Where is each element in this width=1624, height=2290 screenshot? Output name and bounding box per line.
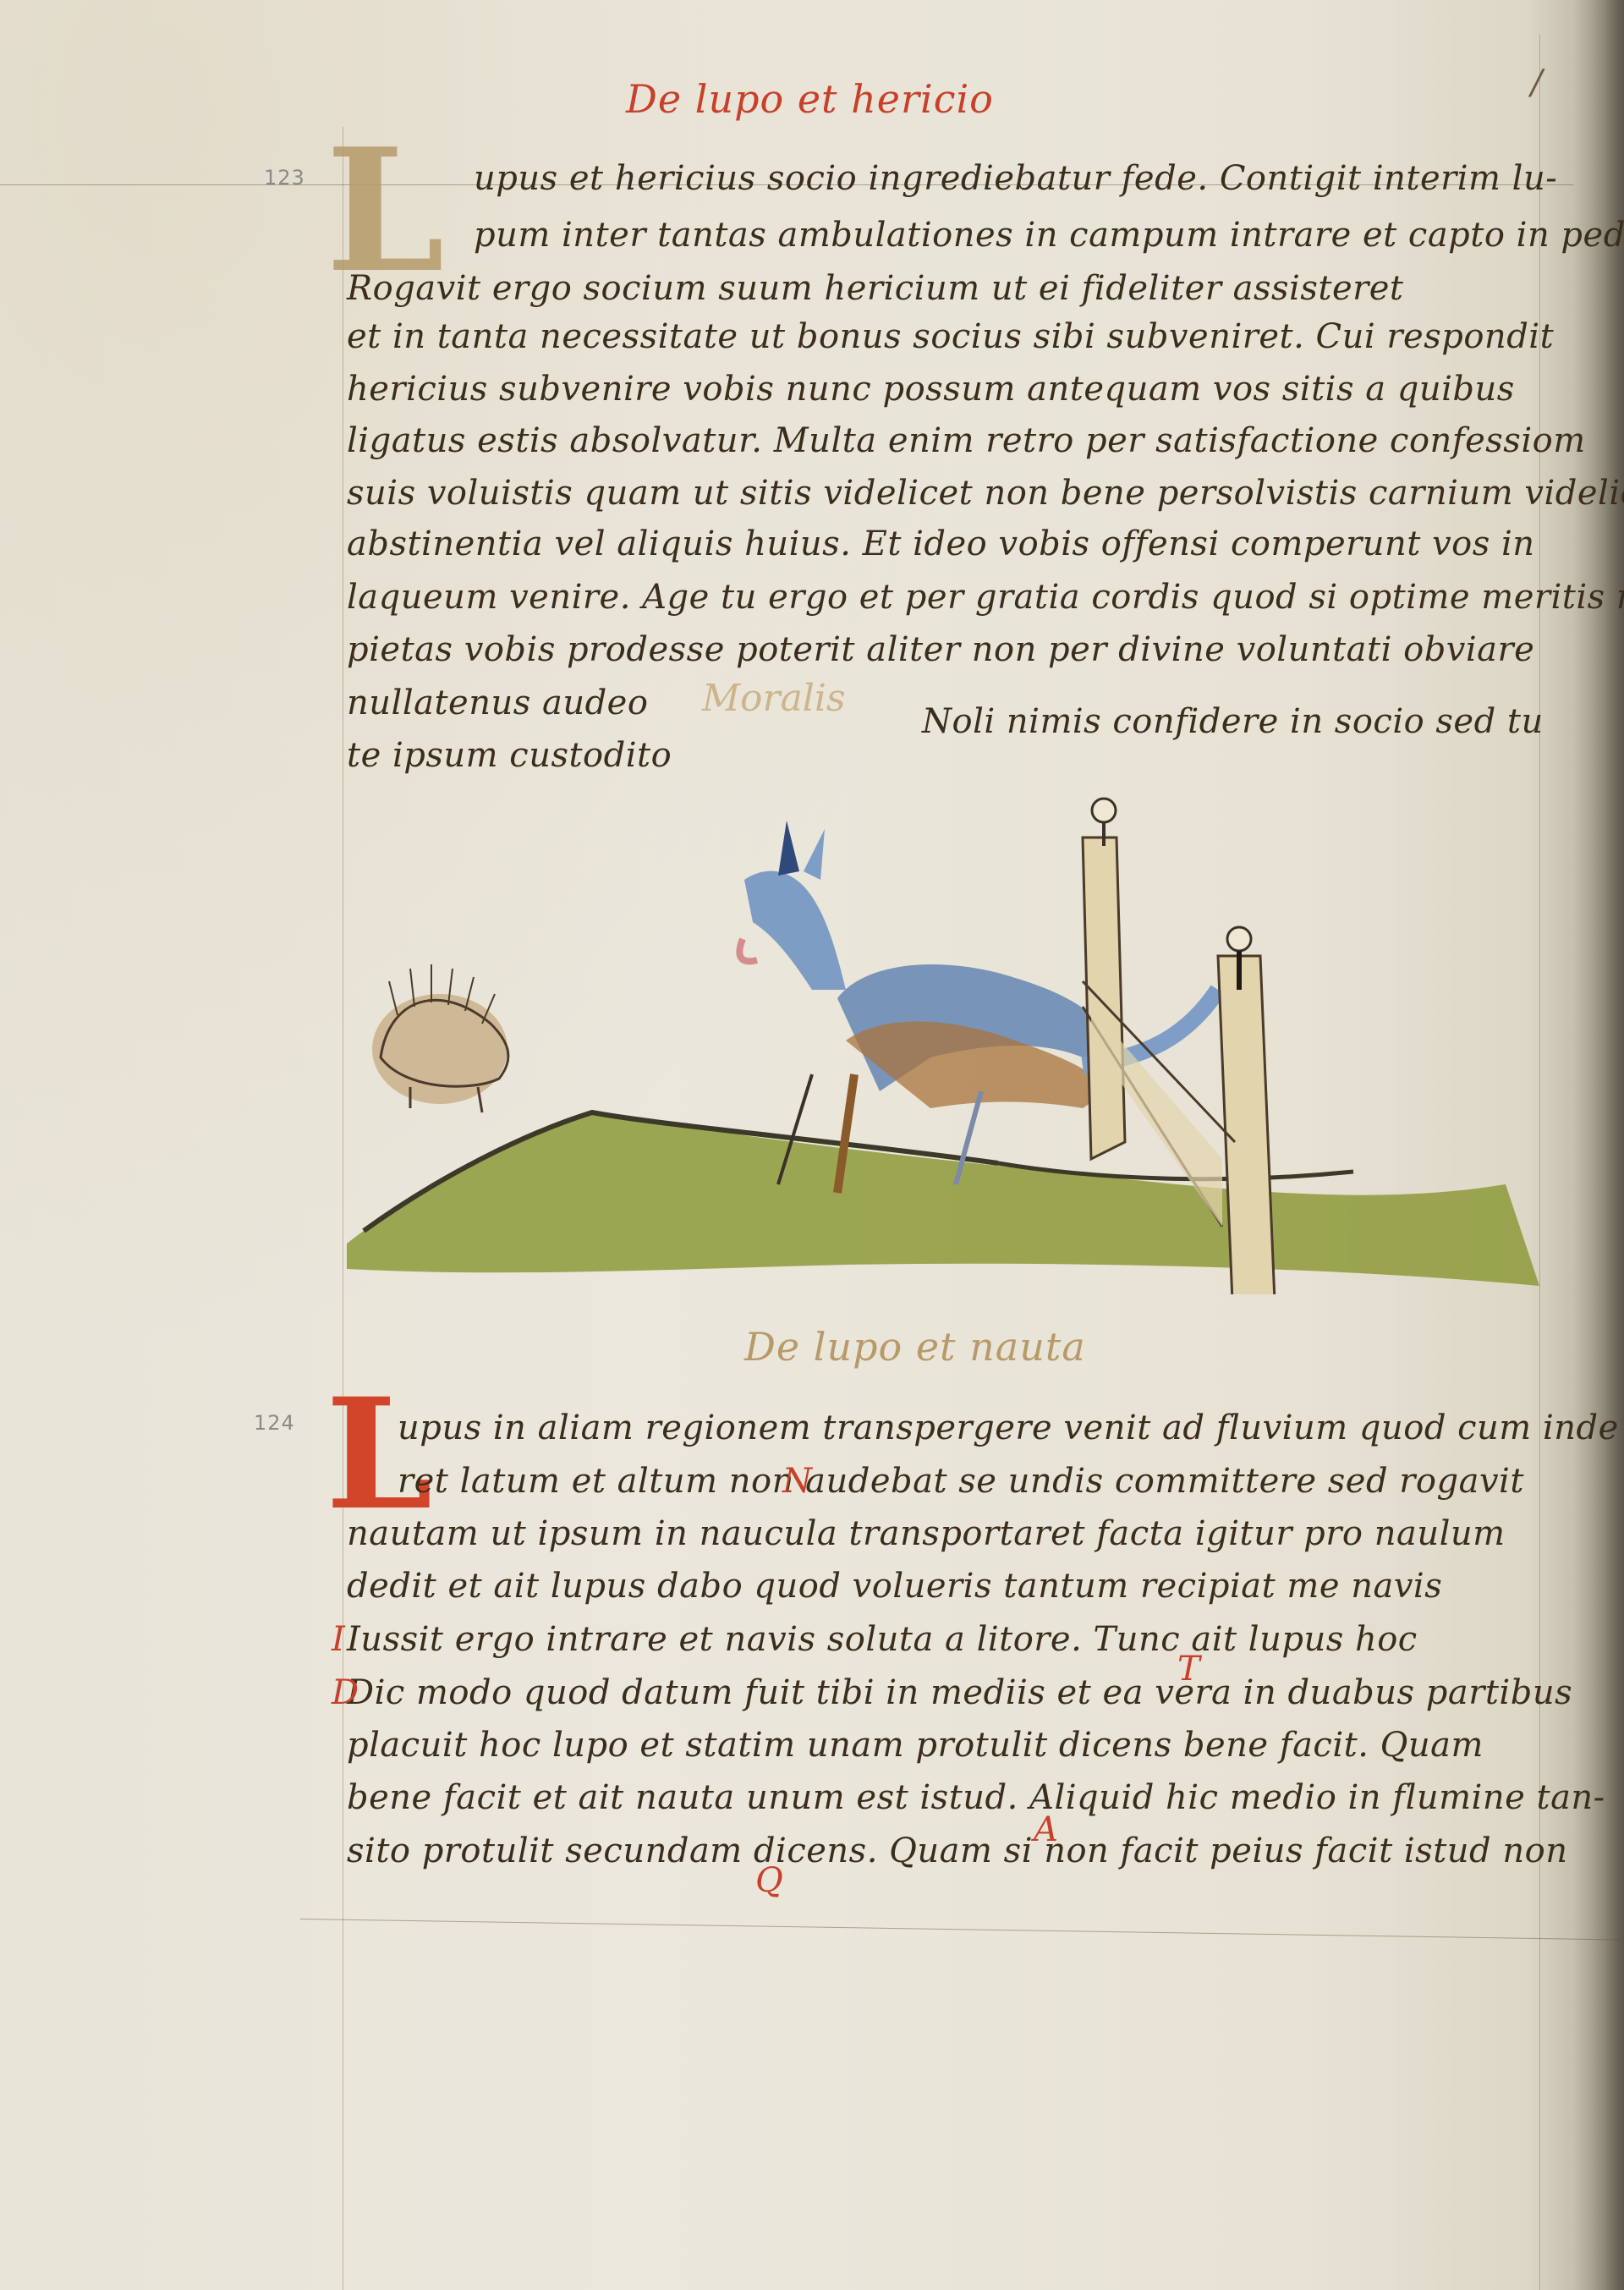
text-line: bene facit et ait nauta unum est istud. … xyxy=(347,1778,1605,1817)
section2-initial: L xyxy=(326,1379,433,1531)
text-line: Rogavit ergo socium suum hericium ut ei … xyxy=(347,269,1404,308)
bottom-ruling-line xyxy=(300,1919,1620,1941)
text-line: laqueum venire. Age tu ergo et per grati… xyxy=(347,578,1624,617)
text-line: Dic modo quod datum fuit tibi in mediis … xyxy=(347,1673,1572,1712)
text-line: dedit et ait lupus dabo quod volueris ta… xyxy=(347,1567,1442,1606)
rubrication-mark: N xyxy=(782,1462,813,1501)
rubrication-mark: D xyxy=(332,1673,359,1712)
moral-left-line: te ipsum custodito xyxy=(347,736,672,775)
rubrication-mark: I xyxy=(332,1620,345,1659)
hedgehog-icon xyxy=(372,964,508,1112)
text-line: pietas vobis prodesse poterit aliter non… xyxy=(347,630,1534,669)
moralis-rubric: Moralis xyxy=(702,677,846,720)
text-line: suis voluistis quam ut sitis videlicet n… xyxy=(347,474,1624,513)
folio-number-123: 123 xyxy=(264,166,305,189)
wolf-hedgehog-illustration xyxy=(338,787,1624,1294)
rubrication-mark: A xyxy=(1034,1810,1058,1849)
corner-mark: / xyxy=(1531,63,1542,102)
folio-number-124: 124 xyxy=(254,1411,295,1435)
text-line: abstinentia vel aliquis huius. Et ideo v… xyxy=(347,524,1535,563)
text-line: upus et hericius socio ingrediebatur fed… xyxy=(474,159,1557,198)
section1-heading: De lupo et hericio xyxy=(626,76,994,122)
moral-left-line: nullatenus audeo xyxy=(347,684,648,722)
rubrication-mark: T xyxy=(1177,1650,1200,1689)
text-line: nautam ut ipsum in naucula transportaret… xyxy=(347,1514,1506,1553)
section2-heading: De lupo et nauta xyxy=(744,1324,1086,1370)
wolf-icon xyxy=(739,821,1218,1193)
moral-right-line: Noli nimis confidere in socio sed tu xyxy=(922,702,1544,741)
text-line: hericius subvenire vobis nunc possum ant… xyxy=(347,370,1515,409)
text-line: pum inter tantas ambulationes in campum … xyxy=(474,216,1624,255)
text-line: Iussit ergo intrare et navis soluta a li… xyxy=(347,1620,1418,1659)
text-line: et in tanta necessitate ut bonus socius … xyxy=(347,317,1554,356)
text-line: ret latum et altum non audebat se undis … xyxy=(398,1462,1524,1501)
text-line: upus in aliam regionem transpergere veni… xyxy=(398,1409,1619,1447)
text-line: sito protulit secundam dicens. Quam si n… xyxy=(347,1831,1567,1870)
rubrication-mark: Q xyxy=(755,1861,783,1900)
illustration-drawing xyxy=(338,787,1624,1294)
text-line: ligatus estis absolvatur. Multa enim ret… xyxy=(347,421,1586,460)
text-line: placuit hoc lupo et statim unam protulit… xyxy=(347,1726,1484,1765)
manuscript-page: / 123 De lupo et hericio L upus et heric… xyxy=(0,0,1624,2290)
